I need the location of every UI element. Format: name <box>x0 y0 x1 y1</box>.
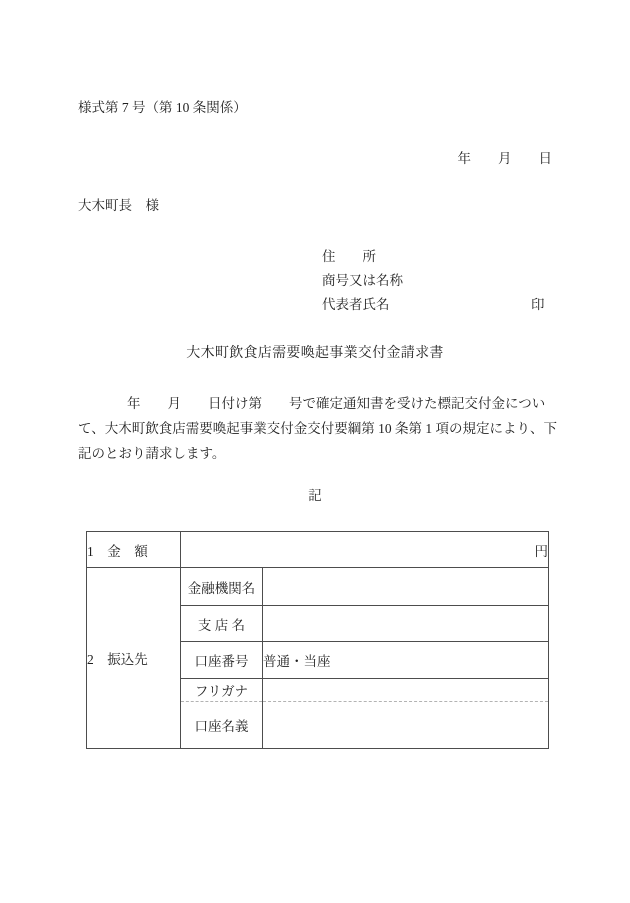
account-holder-label: 口座名義 <box>181 702 263 749</box>
amount-item-label: 1 金 額 <box>87 532 181 568</box>
bank-name-label: 金融機関名 <box>181 568 263 606</box>
branch-name-value-cell <box>263 606 549 642</box>
furigana-label: フリガナ <box>181 679 263 702</box>
trade-name-label: 商号又は名称 <box>322 269 403 293</box>
account-number-label: 口座番号 <box>181 642 263 679</box>
account-type-value-cell: 普通・当座 <box>263 642 549 679</box>
body-line-2: て、大木町飲食店需要喚起事業交付金交付要綱第 10 条第 1 項の規定により、下 <box>78 416 557 441</box>
transfer-item-label: 2 振込先 <box>87 568 181 749</box>
addressee: 大木町長 様 <box>78 194 159 214</box>
address-label: 住 所 <box>322 245 403 269</box>
body-line-1: 年 月 日付け第 号で確定通知書を受けた標記交付金につい <box>78 391 557 416</box>
amount-row: 1 金 額 円 <box>87 532 549 568</box>
amount-value-cell: 円 <box>181 532 549 568</box>
representative-label: 代表者氏名 <box>322 293 403 317</box>
bank-row: 2 振込先 金融機関名 <box>87 568 549 606</box>
furigana-value-cell <box>263 679 549 702</box>
bank-name-value-cell <box>263 568 549 606</box>
form-number: 様式第 7 号（第 10 条関係） <box>78 96 247 116</box>
account-holder-value-cell <box>263 702 549 749</box>
body-line-3: 記のとおり請求します。 <box>78 441 557 466</box>
body-paragraph: 年 月 日付け第 号で確定通知書を受けた標記交付金につい て、大木町飲食店需要喚… <box>78 391 557 467</box>
applicant-block: 住 所 商号又は名称 代表者氏名 <box>322 245 403 317</box>
seal-mark: 印 <box>531 293 545 313</box>
document-title: 大木町飲食店需要喚起事業交付金請求書 <box>0 342 630 362</box>
payment-table: 1 金 額 円 2 振込先 金融機関名 支 店 名 口座番号 普通・当座 フリガ… <box>86 531 549 749</box>
document-page: 様式第 7 号（第 10 条関係） 年 月 日 大木町長 様 住 所 商号又は名… <box>0 0 630 903</box>
note-heading: 記 <box>0 484 630 504</box>
date-line: 年 月 日 <box>78 147 552 167</box>
branch-name-label: 支 店 名 <box>181 606 263 642</box>
